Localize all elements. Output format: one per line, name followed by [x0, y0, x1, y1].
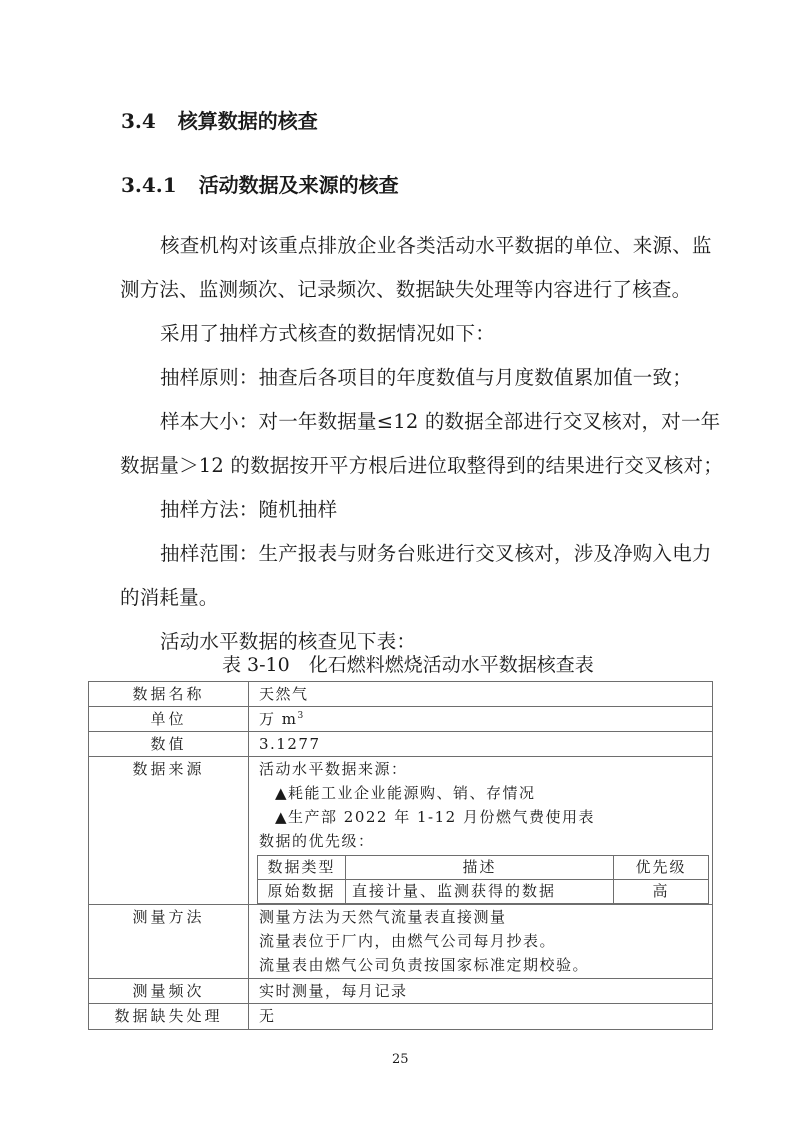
page-number: 25	[392, 1052, 409, 1067]
priority-header-row: 数据类型 描述 优先级	[258, 856, 709, 880]
row-value: 万 m3	[249, 707, 713, 732]
header-priority: 优先级	[614, 856, 709, 880]
table-row-source: 数据来源 活动水平数据来源： ▲耗能工业企业能源购、销、存情况 ▲生产部 202…	[89, 757, 713, 905]
row-label: 测量方法	[89, 905, 249, 979]
paragraph-sampling-scope-line-2: 的消耗量。	[120, 582, 219, 610]
row-value: 活动水平数据来源： ▲耗能工业企业能源购、销、存情况 ▲生产部 2022 年 1…	[249, 757, 713, 905]
unit-superscript: 3	[298, 711, 305, 721]
row-value: 实时测量，每月记录	[249, 979, 713, 1004]
row-value: 3.1277	[249, 732, 713, 757]
cell-data-type: 原始数据	[258, 880, 346, 904]
row-value: 无	[249, 1004, 713, 1030]
row-label: 数据缺失处理	[89, 1004, 249, 1030]
method-line: 测量方法为天然气流量表直接测量	[259, 905, 704, 929]
source-item: ▲生产部 2022 年 1-12 月份燃气费使用表	[259, 805, 704, 829]
row-label: 数据来源	[89, 757, 249, 905]
paragraph-sample-size-line-1: 样本大小：对一年数据量≤12 的数据全部进行交叉核对，对一年	[160, 406, 720, 434]
row-label: 测量频次	[89, 979, 249, 1004]
activity-data-table: 数据名称 天然气 单位 万 m3 数值 3.1277 数据来源 活动水平数据来源…	[88, 681, 713, 1030]
paragraph-sampling-method: 抽样方法：随机抽样	[160, 494, 337, 522]
table-row-unit: 单位 万 m3	[89, 707, 713, 732]
paragraph-1-line-1: 核查机构对该重点排放企业各类活动水平数据的单位、来源、监	[160, 230, 712, 258]
priority-table: 数据类型 描述 优先级 原始数据 直接计量、监测获得的数据 高	[257, 855, 709, 904]
table-row-missing: 数据缺失处理 无	[89, 1004, 713, 1030]
paragraph-2: 采用了抽样方式核查的数据情况如下：	[160, 318, 495, 346]
row-label: 数据名称	[89, 682, 249, 707]
paragraph-sampling-scope-line-1: 抽样范围：生产报表与财务台账进行交叉核对，涉及净购入电力	[160, 538, 712, 566]
method-line: 流量表由燃气公司负责按国家标准定期校验。	[259, 953, 704, 977]
section-number: 3.4	[121, 109, 156, 133]
header-description: 描述	[346, 856, 614, 880]
paragraph-sample-size-line-2: 数据量＞12 的数据按开平方根后进位取整得到的结果进行交叉核对；	[120, 450, 723, 478]
cell-priority: 高	[614, 880, 709, 904]
subsection-heading: 3.4.1活动数据及来源的核查	[121, 169, 399, 198]
source-intro: 活动水平数据来源：	[259, 757, 704, 781]
source-item: ▲耗能工业企业能源购、销、存情况	[259, 781, 704, 805]
table-row-frequency: 测量频次 实时测量，每月记录	[89, 979, 713, 1004]
section-heading: 3.4核算数据的核查	[121, 105, 318, 134]
paragraph-1-line-2: 测方法、监测频次、记录频次、数据缺失处理等内容进行了核查。	[120, 274, 691, 302]
cell-description: 直接计量、监测获得的数据	[346, 880, 614, 904]
subsection-number: 3.4.1	[121, 173, 177, 197]
row-value: 天然气	[249, 682, 713, 707]
table-row-value: 数值 3.1277	[89, 732, 713, 757]
header-data-type: 数据类型	[258, 856, 346, 880]
row-label: 单位	[89, 707, 249, 732]
table-row-name: 数据名称 天然气	[89, 682, 713, 707]
priority-label: 数据的优先级：	[259, 829, 704, 853]
subsection-title: 活动数据及来源的核查	[199, 173, 399, 197]
section-title: 核算数据的核查	[178, 109, 318, 133]
table-caption: 表 3-10 化石燃料燃烧活动水平数据核查表	[222, 650, 594, 677]
method-line: 流量表位于厂内，由燃气公司每月抄表。	[259, 929, 704, 953]
unit-text: 万 m	[259, 710, 298, 728]
priority-row: 原始数据 直接计量、监测获得的数据 高	[258, 880, 709, 904]
table-row-method: 测量方法 测量方法为天然气流量表直接测量 流量表位于厂内，由燃气公司每月抄表。 …	[89, 905, 713, 979]
row-label: 数值	[89, 732, 249, 757]
row-value: 测量方法为天然气流量表直接测量 流量表位于厂内，由燃气公司每月抄表。 流量表由燃…	[249, 905, 713, 979]
paragraph-sampling-principle: 抽样原则：抽查后各项目的年度数值与月度数值累加值一致；	[160, 362, 692, 390]
